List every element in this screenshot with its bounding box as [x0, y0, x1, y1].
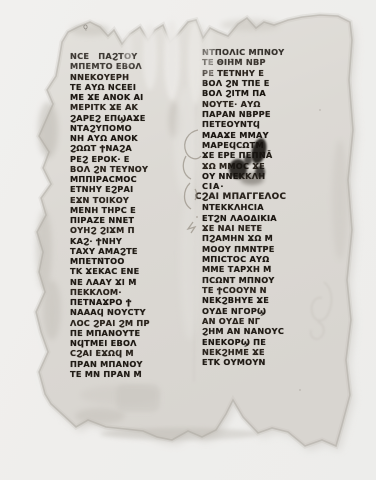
text-line: ΤΚ ϪΕΚΑC ΕΝΕ: [70, 266, 172, 276]
text-line: ΠΕΤΝΑϪΡΟ Ϯ: [70, 297, 172, 307]
text-line: ΠΙΡΑΖΕ ΝΝΕΤ: [70, 215, 172, 225]
text-line: ϨΗΜ ΑΝ ΝΑΝΟΥC: [202, 326, 318, 336]
text-line: ΜΑΡΕϤCΩΤΜ: [202, 140, 318, 150]
text-line: ΠCΩΝΤ ΜΠΝΟΥ: [202, 275, 318, 285]
text-line: ΕΤΚ ΟΥΜΟΥΝ: [202, 357, 318, 367]
text-line: ΜΠΙCΤΟC ΑΥΩ: [202, 254, 318, 264]
folio-mark: ϙ: [82, 22, 88, 32]
text-line: ϪΩ ΜΜΟC ϪΕ: [202, 161, 318, 171]
text-line: ΤΕ ΘΙΗ̄Μ̄ ΝΒΡ: [202, 57, 318, 67]
text-line: ΡΕ ΤΕΤΝΗΥ Ε: [202, 68, 318, 78]
text-line: ΟΥΔΕ ΝΓΟΡϢ: [202, 306, 318, 316]
text-line: ΝΕ ΛΑΑΥ ϪΙ Μ̄: [70, 277, 172, 287]
text-line: ϨΑΡΕϨ ΕΠϢΑϪΕ: [70, 113, 172, 123]
text-line: ΚΑϨ· ϮΝΗΥ: [70, 236, 172, 246]
text-line: ϪΕ ΝΑΙ ΝΕΤΕ: [202, 223, 318, 233]
stamp-ghost: [116, 384, 160, 412]
text-line: ΑΝ ΟΥΔΕ ΝΓ: [202, 316, 318, 326]
text-line: ΡΕϨ ΕΡΟΚ· Ε: [70, 154, 172, 164]
gutter-crease: [194, 70, 196, 382]
text-line: CϨΑΙ ΕϪΩϤ Μ̄: [70, 348, 172, 358]
text-line: ΜΜΕ ΤΑΡΧΗ Μ̄: [202, 264, 318, 274]
text-line: ΜΠΕΜΤΟ ΕΒΟΛ: [70, 61, 172, 71]
text-line: ϪΕ ΕΡΕ ΠΕΠΝ̄Ᾱ: [202, 150, 318, 160]
text-line: CϨΑΙ ΜΠΑΓΓΕΛΟC: [195, 192, 318, 202]
text-line: ΜΠΕΤΝ̄ΤΟΟ: [70, 256, 172, 266]
text-line: ΝΤΑϨΥΠΟΜΟ: [70, 123, 172, 133]
text-line: ΤΕ ϮCΟΟΥΝ Ν: [202, 285, 318, 295]
text-line: ΝϤΤΜΕΙ ΕΒΟΛ: [70, 338, 172, 348]
text-column-left: ΝCΕ ΠΑϨΤΟΥΜΠΕΜΤΟ ΕΒΟΛΝΝΕΚΟΥΕΡΗΤΕ ΑΥΩ ΝCΕ…: [70, 51, 172, 379]
damage-overlay: [0, 0, 376, 480]
text-line: ΒΟΛ ϨΙΤΜ ΠΑ: [202, 88, 318, 98]
text-line: ΝΟΥΤΕ· ΑΥΩ: [202, 99, 318, 109]
text-line: ΠΕ ΜΠΑΝΟΥΤΕ: [70, 328, 172, 338]
text-line: ΜΕ ϪΕ ΑΝΟΚ ΑΙ: [70, 92, 172, 102]
text-line: ΠΕΤΕΟΥΝΤϤ: [202, 119, 318, 129]
text-line: ΕΤϨΝ ΛΑΟΔΙΚΙΑ: [202, 213, 318, 223]
text-line: ΤΕ ΑΥΩ ΝCΕΕΙ: [70, 82, 172, 92]
text-line: ΜΕΝΗ ΤΗΡC Ε: [70, 205, 172, 215]
text-line: ΤΕ ΜΝ ΠΡΑΝ Μ̄: [70, 369, 172, 379]
text-line: ΟΥΗϨ ϨΙϪΜ Π: [70, 225, 172, 235]
manuscript-leaf: [0, 0, 376, 480]
text-line: ΝΕΚϨΗΜΕ ϪΕ: [202, 347, 318, 357]
text-line: ΠϨΑΜΗΝ ϪΩ Μ̄: [202, 233, 318, 243]
text-line: ΠΑΡΑΝ ΝΒΡΡΕ: [202, 109, 318, 119]
text-line: ΝΕΚϨΒΗΥΕ ϪΕ: [202, 295, 318, 305]
coronis-ornament: [183, 130, 201, 233]
text-line: ΝΝΕΚΟΥΕΡΗ: [70, 72, 172, 82]
text-line: ΜΠΠΙΡΑCΜΟC: [70, 174, 172, 184]
text-line: CΙΑ·: [202, 181, 318, 191]
text-line: ΠΡΑΝ ΜΠΑΝΟΥ: [70, 359, 172, 369]
text-line: ΟΥ ΝΝΕΚΚΛΗ: [202, 171, 318, 181]
text-line: ΜΟΟΥ ΠΜΝΤΡΕ: [202, 244, 318, 254]
text-line: ΝΤΠΟΛΙC ΜΠΝΟΥ: [202, 47, 318, 57]
text-line: ΜΑΑϪΕ ΜΜΑΥ: [202, 130, 318, 140]
text-line: ΛΟC ϨΡΑΙ ϨΜ ΠΡ: [70, 318, 172, 328]
text-line: ΝΗ ΑΥΩ ΑΝΟΚ: [70, 133, 172, 143]
manuscript-photograph: ϙ ΝCΕ ΠΑϨΤΟΥΜΠΕΜΤΟ ΕΒΟΛΝΝΕΚΟΥΕΡΗΤΕ ΑΥΩ Ν…: [0, 0, 376, 480]
text-column-right: ΝΤΠΟΛΙC ΜΠΝΟΥΤΕ ΘΙΗ̄Μ̄ ΝΒΡΡΕ ΤΕΤΝΗΥ ΕΒΟΛ…: [202, 47, 318, 368]
text-line: ΕΝΕΚΟΡϢ ΠΕ: [202, 337, 318, 347]
text-line: ΜΕΡΙΤΚ ϪΕ ΑΚ: [70, 102, 172, 112]
text-line: ϨΩΩΤ ϮΝΑϨΑ: [70, 143, 172, 153]
text-line: ΝΤΕΚΚΛΗCΙΑ: [202, 202, 318, 212]
text-line: ΒΟΛ ϨΝ ΤΠΕ Ε: [202, 78, 318, 88]
text-line: ΝCΕ ΠΑϨΤΟΥ: [70, 51, 172, 61]
text-line: ΤΑΧΥ ΑΜΑϨΤΕ: [70, 246, 172, 256]
text-line: ΝΑΑΑϤ ΝΟΥCΤΥ: [70, 307, 172, 317]
text-line: ΒΟΛ ϨΝ ΤΕΥΝΟΥ: [70, 164, 172, 174]
text-line: ΕΤΝΗΥ ΕϨΡΑΙ: [70, 184, 172, 194]
text-line: ΕϪΝ ΤΟΙΚΟΥ: [70, 195, 172, 205]
text-line: ΠΕΚΚΛΟΜ·: [70, 287, 172, 297]
